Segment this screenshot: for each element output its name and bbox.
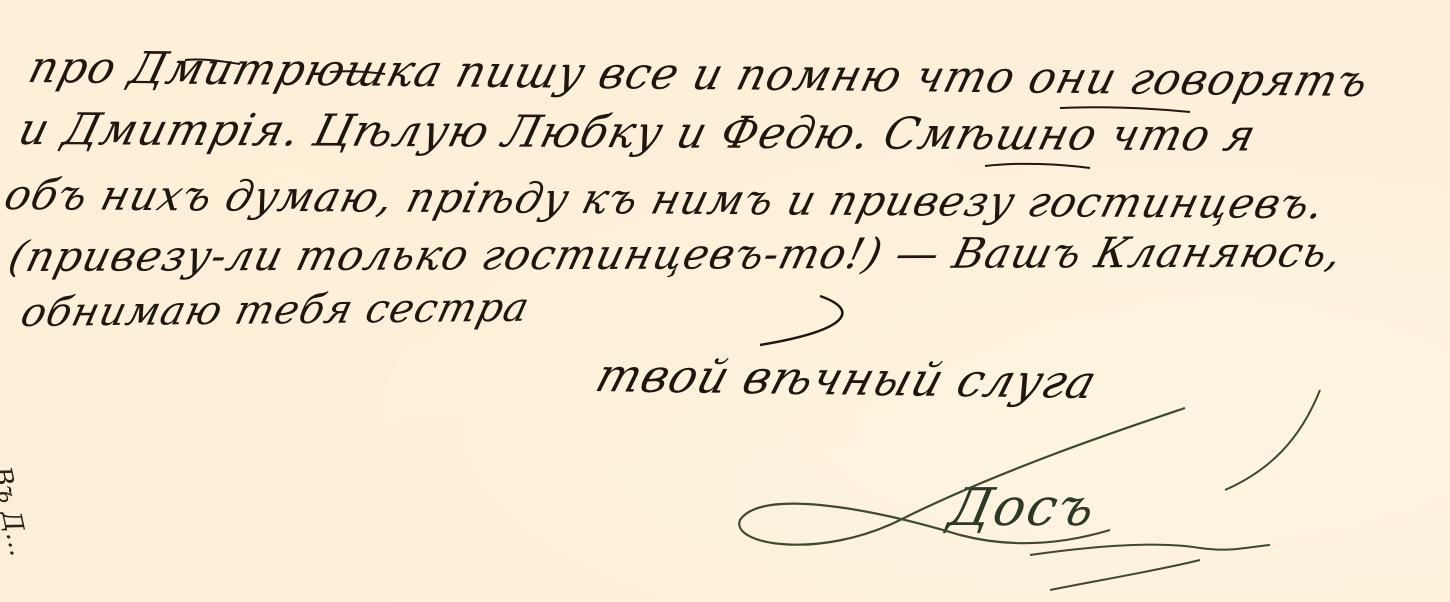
signature: Досъ <box>944 478 1102 538</box>
letter-line-3: объ нихъ думаю, пріѣду къ нимъ и привезу… <box>0 170 1330 228</box>
letter-line-5: обнимаю тебя сестра <box>17 285 535 336</box>
letter-closing: твой вѣчный слуга <box>590 348 1104 409</box>
letter-line-4: (привезу-ли только гостинцевъ-то!) — Ваш… <box>4 227 1348 281</box>
letter-line-2: и Дмитрія. Цѣлую Любку и Федю. Смѣшно чт… <box>14 104 1262 161</box>
